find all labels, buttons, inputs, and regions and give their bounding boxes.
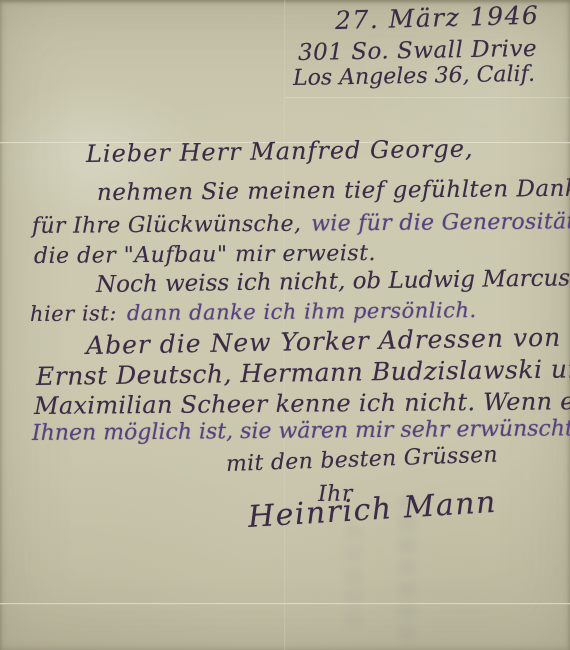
fold-crease-top-right — [285, 97, 570, 99]
body-line-5: hier ist:dann danke ich ihm persönlich. — [30, 298, 477, 326]
fold-crease-vertical — [284, 0, 286, 650]
closing-line: mit den besten Grüssen — [226, 443, 499, 477]
body-line-2-segment-purple: wie für die Generosität, — [311, 209, 570, 236]
body-line-1: nehmen Sie meinen tief gefühlten Dank — [97, 176, 570, 206]
body-line-2: für Ihre Glückwünsche,wie für die Genero… — [32, 209, 570, 239]
body-line-8: Maximilian Scheer kenne ich nicht. Wenn … — [34, 387, 570, 420]
body-line-4: Noch weiss ich nicht, ob Ludwig Marcuse — [96, 265, 570, 298]
body-line-7: Ernst Deutsch, Hermann Budzislawski und — [36, 354, 570, 391]
address-city-line: Los Angeles 36, Calif. — [293, 62, 535, 91]
body-line-2-segment-dark: für Ihre Glückwünsche, — [32, 212, 301, 239]
salutation-line: Lieber Herr Manfred George, — [86, 135, 474, 168]
body-line-9: Ihnen möglich ist, sie wären mir sehr er… — [32, 416, 570, 446]
body-line-5-segment-purple: dann danke ich ihm persönlich. — [127, 298, 477, 325]
body-line-6: Aber die New Yorker Adressen von — [86, 323, 562, 360]
body-line-5-segment-dark: hier ist: — [30, 301, 117, 326]
date-line: 27. März 1946 — [335, 1, 540, 35]
body-line-3: die der "Aufbau" mir erweist. — [34, 241, 376, 269]
letter-scan: 27. März 1946 301 So. Swall Drive Los An… — [0, 0, 570, 650]
bleedthrough-stamp-mark — [345, 525, 363, 630]
